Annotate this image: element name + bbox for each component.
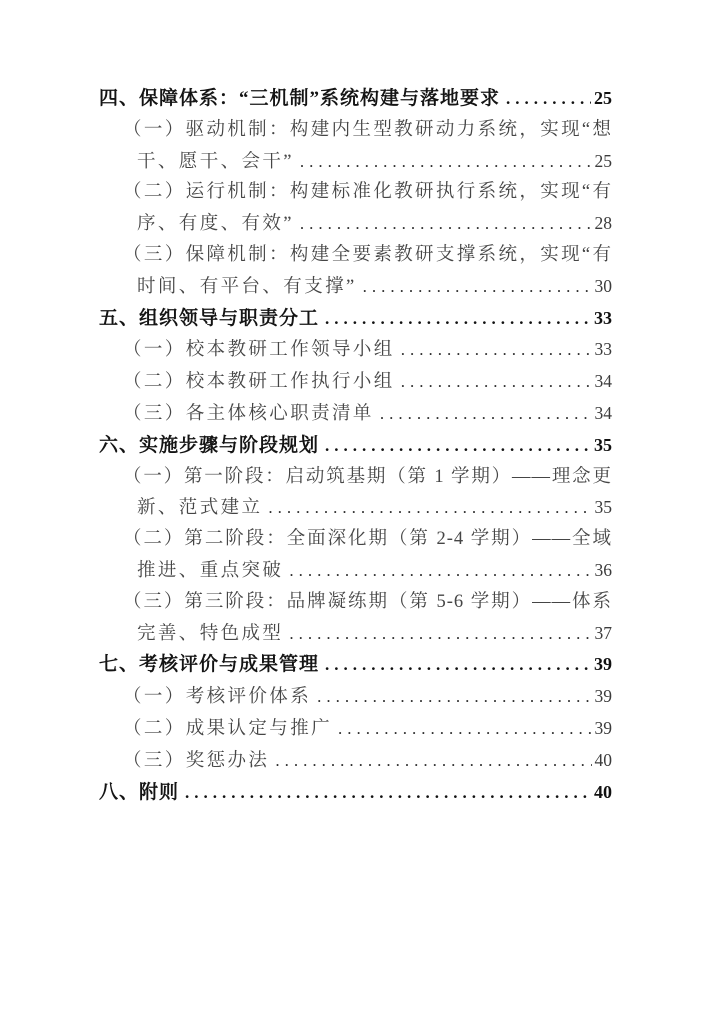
dot-leader: ........................................… xyxy=(325,650,591,681)
toc-row: （一）考核评价体系 ..............................… xyxy=(99,681,612,713)
toc-entry-text: （一）第一阶段：启动筑基期（第 1 学期）——理念更 xyxy=(123,462,612,493)
toc-entry-text: （二）第二阶段：全面深化期（第 2-4 学期）——全域 xyxy=(123,524,612,555)
toc-row: 推进、重点突破 ................................… xyxy=(99,555,612,587)
toc-row: 完善、特色成型 ................................… xyxy=(99,618,612,650)
dot-leader: ........................................… xyxy=(325,431,591,462)
toc-entry-text: 六、实施步骤与阶段规划 xyxy=(99,431,319,462)
dot-leader: ........................................… xyxy=(380,399,592,430)
toc-row: （二）第二阶段：全面深化期（第 2-4 学期）——全域 xyxy=(99,524,612,555)
page-number: 25 xyxy=(594,83,612,114)
toc-row: （一）校本教研工作领导小组 ..........................… xyxy=(99,334,612,366)
toc-row: 干、愿干、会干” ...............................… xyxy=(99,146,612,178)
dot-leader: ........................................… xyxy=(317,682,591,713)
page-number: 33 xyxy=(594,303,612,334)
toc-row: （一）第一阶段：启动筑基期（第 1 学期）——理念更 xyxy=(99,462,612,493)
dot-leader: ........................................… xyxy=(185,778,591,809)
page-number: 37 xyxy=(595,618,613,649)
toc-row: 五、组织领导与职责分工 ............................… xyxy=(99,303,612,335)
toc-row: （二）运行机制：构建标准化教研执行系统，实现“有 xyxy=(99,177,612,208)
page-number: 34 xyxy=(595,366,613,397)
dot-leader: ........................................… xyxy=(300,209,592,240)
toc-row: （二）成果认定与推广 .............................… xyxy=(99,713,612,745)
toc-entry-text: （二）运行机制：构建标准化教研执行系统，实现“有 xyxy=(123,177,612,208)
page-number: 35 xyxy=(594,430,612,461)
page-number: 30 xyxy=(595,271,613,302)
toc-entry-text: 八、附则 xyxy=(99,778,179,809)
toc-entry-text: （三）各主体核心职责清单 xyxy=(123,399,374,430)
document-page: 四、保障体系：“三机制”系统构建与落地要求 ..................… xyxy=(0,0,724,1024)
toc-entry-text: （三）奖惩办法 xyxy=(123,746,269,777)
toc-row: 四、保障体系：“三机制”系统构建与落地要求 ..................… xyxy=(99,83,612,115)
toc-entry-text: 完善、特色成型 xyxy=(137,619,283,650)
toc-entry-text: 推进、重点突破 xyxy=(137,556,283,587)
toc-row: （三）各主体核心职责清单 ...........................… xyxy=(99,398,612,430)
toc-entry-text: 七、考核评价与成果管理 xyxy=(99,650,319,681)
toc-row: （二）校本教研工作执行小组 ..........................… xyxy=(99,366,612,398)
toc-row: 六、实施步骤与阶段规划 ............................… xyxy=(99,430,612,462)
dot-leader: ........................................… xyxy=(401,367,592,398)
toc-entry-text: （二）校本教研工作执行小组 xyxy=(123,367,395,398)
page-number: 25 xyxy=(595,146,613,177)
toc-row: （三）保障机制：构建全要素教研支撑系统，实现“有 xyxy=(99,240,612,271)
dot-leader: ........................................… xyxy=(363,272,592,303)
dot-leader: ........................................… xyxy=(401,335,592,366)
toc-entry-text: 四、保障体系：“三机制”系统构建与落地要求 xyxy=(99,84,500,115)
dot-leader: ........................................… xyxy=(289,556,591,587)
page-number: 36 xyxy=(595,555,613,586)
toc-entry-text: 干、愿干、会干” xyxy=(137,147,294,178)
dot-leader: ........................................… xyxy=(300,147,592,178)
toc-row: 序、有度、有效” ...............................… xyxy=(99,208,612,240)
dot-leader: ........................................… xyxy=(268,493,591,524)
toc-entry-text: 序、有度、有效” xyxy=(137,209,294,240)
page-number: 40 xyxy=(595,745,613,776)
dot-leader: ........................................… xyxy=(325,304,591,335)
dot-leader: ........................................… xyxy=(338,714,591,745)
toc: 四、保障体系：“三机制”系统构建与落地要求 ..................… xyxy=(99,83,612,808)
dot-leader: ........................................… xyxy=(275,746,591,777)
page-number: 39 xyxy=(594,649,612,680)
toc-row: （三）第三阶段：品牌凝练期（第 5-6 学期）——体系 xyxy=(99,587,612,618)
page-number: 28 xyxy=(595,208,613,239)
page-number: 39 xyxy=(595,713,613,744)
toc-row: 时间、有平台、有支撑” ............................… xyxy=(99,271,612,303)
toc-entry-text: （三）保障机制：构建全要素教研支撑系统，实现“有 xyxy=(123,240,612,271)
page-number: 35 xyxy=(595,492,613,523)
toc-entry-text: （三）第三阶段：品牌凝练期（第 5-6 学期）——体系 xyxy=(123,587,612,618)
toc-entry-text: （一）考核评价体系 xyxy=(123,682,311,713)
toc-row: 新、范式建立 .................................… xyxy=(99,492,612,524)
toc-entry-text: 新、范式建立 xyxy=(137,493,262,524)
page-number: 40 xyxy=(594,777,612,808)
page-number: 39 xyxy=(595,681,613,712)
toc-entry-text: （二）成果认定与推广 xyxy=(123,714,332,745)
page-number: 33 xyxy=(595,334,613,365)
toc-entry-text: （一）校本教研工作领导小组 xyxy=(123,335,395,366)
dot-leader: ........................................… xyxy=(289,619,591,650)
toc-entry-text: （一）驱动机制：构建内生型教研动力系统，实现“想 xyxy=(123,115,612,146)
toc-entry-text: 时间、有平台、有支撑” xyxy=(137,272,357,303)
toc-row: （三）奖惩办法 ................................… xyxy=(99,745,612,777)
toc-row: （一）驱动机制：构建内生型教研动力系统，实现“想 xyxy=(99,115,612,146)
dot-leader: ........................................… xyxy=(506,84,591,115)
toc-row: 七、考核评价与成果管理 ............................… xyxy=(99,649,612,681)
toc-entry-text: 五、组织领导与职责分工 xyxy=(99,304,319,335)
page-number: 34 xyxy=(595,398,613,429)
toc-row: 八、附则 ...................................… xyxy=(99,777,612,809)
